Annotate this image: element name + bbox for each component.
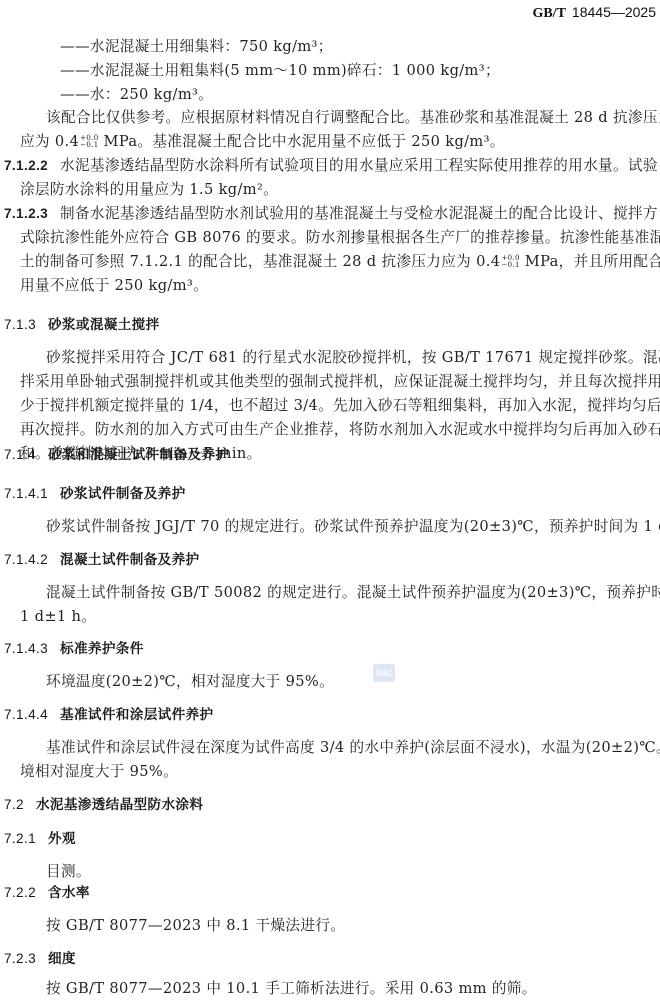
paragraph-line: 再次搅拌。防水剂的加入方式可由生产企业推荐，将防水剂加入水泥或水中搅拌均匀后再加… <box>20 420 654 440</box>
heading-7-1-4-4: 7.1.4.4基准试件和涂层试件养护 <box>4 705 654 725</box>
paragraph-line: 境相对湿度大于 95%。 <box>20 762 654 782</box>
tol-minus: −0.1 <box>80 142 98 149</box>
heading-7-2-3: 7.2.3细度 <box>4 949 654 969</box>
heading-number: 7.1.4.3 <box>4 641 48 656</box>
paragraph-line: 基准试件和涂层试件浸在深度为试件高度 3/4 的水中养护(涂层面不浸水)，水温为… <box>46 738 654 758</box>
heading-title: 标准养护条件 <box>60 641 144 657</box>
list-item: ——水泥混凝土用粗集料(5 mm～10 mm)碎石：1 000 kg/m³； <box>60 61 654 81</box>
text: MPa。基准混凝土配合比中水泥用量不应低于 250 kg/m³。 <box>99 133 505 150</box>
heading-number: 7.1.4 <box>4 447 36 462</box>
tolerance: +0.0−0.1 <box>501 255 519 269</box>
paragraph-line: 混凝土试件制备按 GB/T 50082 的规定进行。混凝土试件预养护温度为(20… <box>46 583 654 603</box>
paragraph-line: 应为 0.4+0.0−0.1 MPa。基准混凝土配合比中水泥用量不应低于 250… <box>20 132 654 152</box>
heading-7-1-4-2: 7.1.4.2混凝土试件制备及养护 <box>4 550 654 570</box>
paragraph-line: 涂层防水涂料的用量应为 1.5 kg/m²。 <box>20 180 654 200</box>
heading-number: 7.2.3 <box>4 951 36 966</box>
paragraph-line: 环境温度(20±2)℃，相对湿度大于 95%。 <box>46 672 654 692</box>
paragraph-line: 用量不应低于 250 kg/m³。 <box>20 276 654 296</box>
document-header: GB/T18445—2025 <box>532 4 656 22</box>
heading-number: 7.1.4.4 <box>4 707 48 722</box>
text: 土的制备可参照 7.1.2.1 的配合比，基准混凝土 28 d 抗渗压力应为 0… <box>20 253 500 270</box>
paragraph-line: 按 GB/T 8077—2023 中 10.1 手工筛析法进行。采用 0.63 … <box>46 979 654 999</box>
heading-title: 外观 <box>48 831 76 847</box>
heading-number: 7.1.4.1 <box>4 486 48 501</box>
heading-number: 7.2.2 <box>4 885 36 900</box>
heading-title: 混凝土试件制备及养护 <box>60 552 199 568</box>
clause-7-1-2-3: 7.1.2.3制备水泥基渗透结晶型防水剂试验用的基准混凝土与受检水泥混凝土的配合… <box>4 204 654 224</box>
clause-7-1-2-2: 7.1.2.2水泥基渗透结晶型防水涂料所有试验项目的用水量应采用工程实际使用推荐… <box>4 156 654 176</box>
text: 应为 0.4 <box>20 133 79 150</box>
heading-title: 基准试件和涂层试件养护 <box>60 707 213 723</box>
paragraph-line: 目测。 <box>46 862 654 882</box>
heading-7-1-4-real: 7.1.4砂浆和混凝土试件制备及养护 <box>4 445 654 465</box>
heading-7-2-2: 7.2.2含水率 <box>4 883 654 903</box>
paragraph-line: 按 GB/T 8077—2023 中 8.1 干燥法进行。 <box>46 916 654 936</box>
heading-title: 砂浆或混凝土搅拌 <box>48 317 160 333</box>
heading-title: 含水率 <box>48 885 90 901</box>
heading-7-2-1: 7.2.1外观 <box>4 829 654 849</box>
heading-7-2: 7.2水泥基渗透结晶型防水涂料 <box>4 795 654 815</box>
clause-number: 7.1.2.2 <box>4 158 48 173</box>
heading-number: 7.2.1 <box>4 831 36 846</box>
paragraph-line: 土的制备可参照 7.1.2.1 的配合比，基准混凝土 28 d 抗渗压力应为 0… <box>20 252 654 272</box>
text: MPa，并且所用配合比中水泥 <box>520 253 660 270</box>
heading-title: 细度 <box>48 951 76 967</box>
list-item: ——水泥混凝土用细集料：750 kg/m³； <box>60 37 654 57</box>
heading-7-1-4-3: 7.1.4.3标准养护条件 <box>4 639 654 659</box>
paragraph-line: 该配合比仅供参考。应根据原材料情况自行调整配合比。基准砂浆和基准混凝土 28 d… <box>46 108 654 128</box>
tol-minus: −0.1 <box>501 262 519 269</box>
paragraph-line: 砂浆试件制备按 JGJ/T 70 的规定进行。砂浆试件预养护温度为(20±3)℃… <box>46 517 654 537</box>
tolerance: +0.0−0.1 <box>80 135 98 149</box>
text: 水泥基渗透结晶型防水涂料所有试验项目的用水量应采用工程实际使用推荐的用水量。试验 <box>60 157 658 174</box>
paragraph-line: 拌采用单卧轴式强制搅拌机或其他类型的强制式搅拌机，应保证混凝土搅拌均匀，并且每次… <box>20 372 654 392</box>
standard-number: 18445—2025 <box>572 4 656 20</box>
heading-number: 7.2 <box>4 797 24 812</box>
paragraph-line: 砂浆搅拌采用符合 JC/T 681 的行星式水泥胶砂搅拌机，按 GB/T 176… <box>46 348 654 368</box>
heading-7-1-4-1: 7.1.4.1砂浆试件制备及养护 <box>4 484 654 504</box>
heading-title: 砂浆试件制备及养护 <box>60 486 186 502</box>
clause-number: 7.1.2.3 <box>4 206 48 221</box>
paragraph-line: 少于搅拌机额定搅拌量的 1/4，也不超过 3/4。先加入砂石等粗细集料，再加入水… <box>20 396 654 416</box>
standard-code: GB/T <box>532 6 565 21</box>
heading-title: 水泥基渗透结晶型防水涂料 <box>36 797 203 813</box>
list-item: ——水：250 kg/m³。 <box>60 85 654 105</box>
paragraph-line: 式除抗渗性能外应符合 GB 8076 的要求。防水剂掺量根据各生产厂的推荐掺量。… <box>20 228 654 248</box>
heading-7-1-3: 7.1.3砂浆或混凝土搅拌 <box>4 315 654 335</box>
heading-number: 7.1.4.2 <box>4 552 48 567</box>
heading-title: 砂浆和混凝土试件制备及养护 <box>48 447 229 463</box>
sac-watermark-icon: SAC <box>373 664 395 682</box>
heading-number: 7.1.3 <box>4 317 36 332</box>
paragraph-line: 1 d±1 h。 <box>20 607 654 627</box>
text: 制备水泥基渗透结晶型防水剂试验用的基准混凝土与受检水泥混凝土的配合比设计、搅拌方 <box>60 205 658 222</box>
